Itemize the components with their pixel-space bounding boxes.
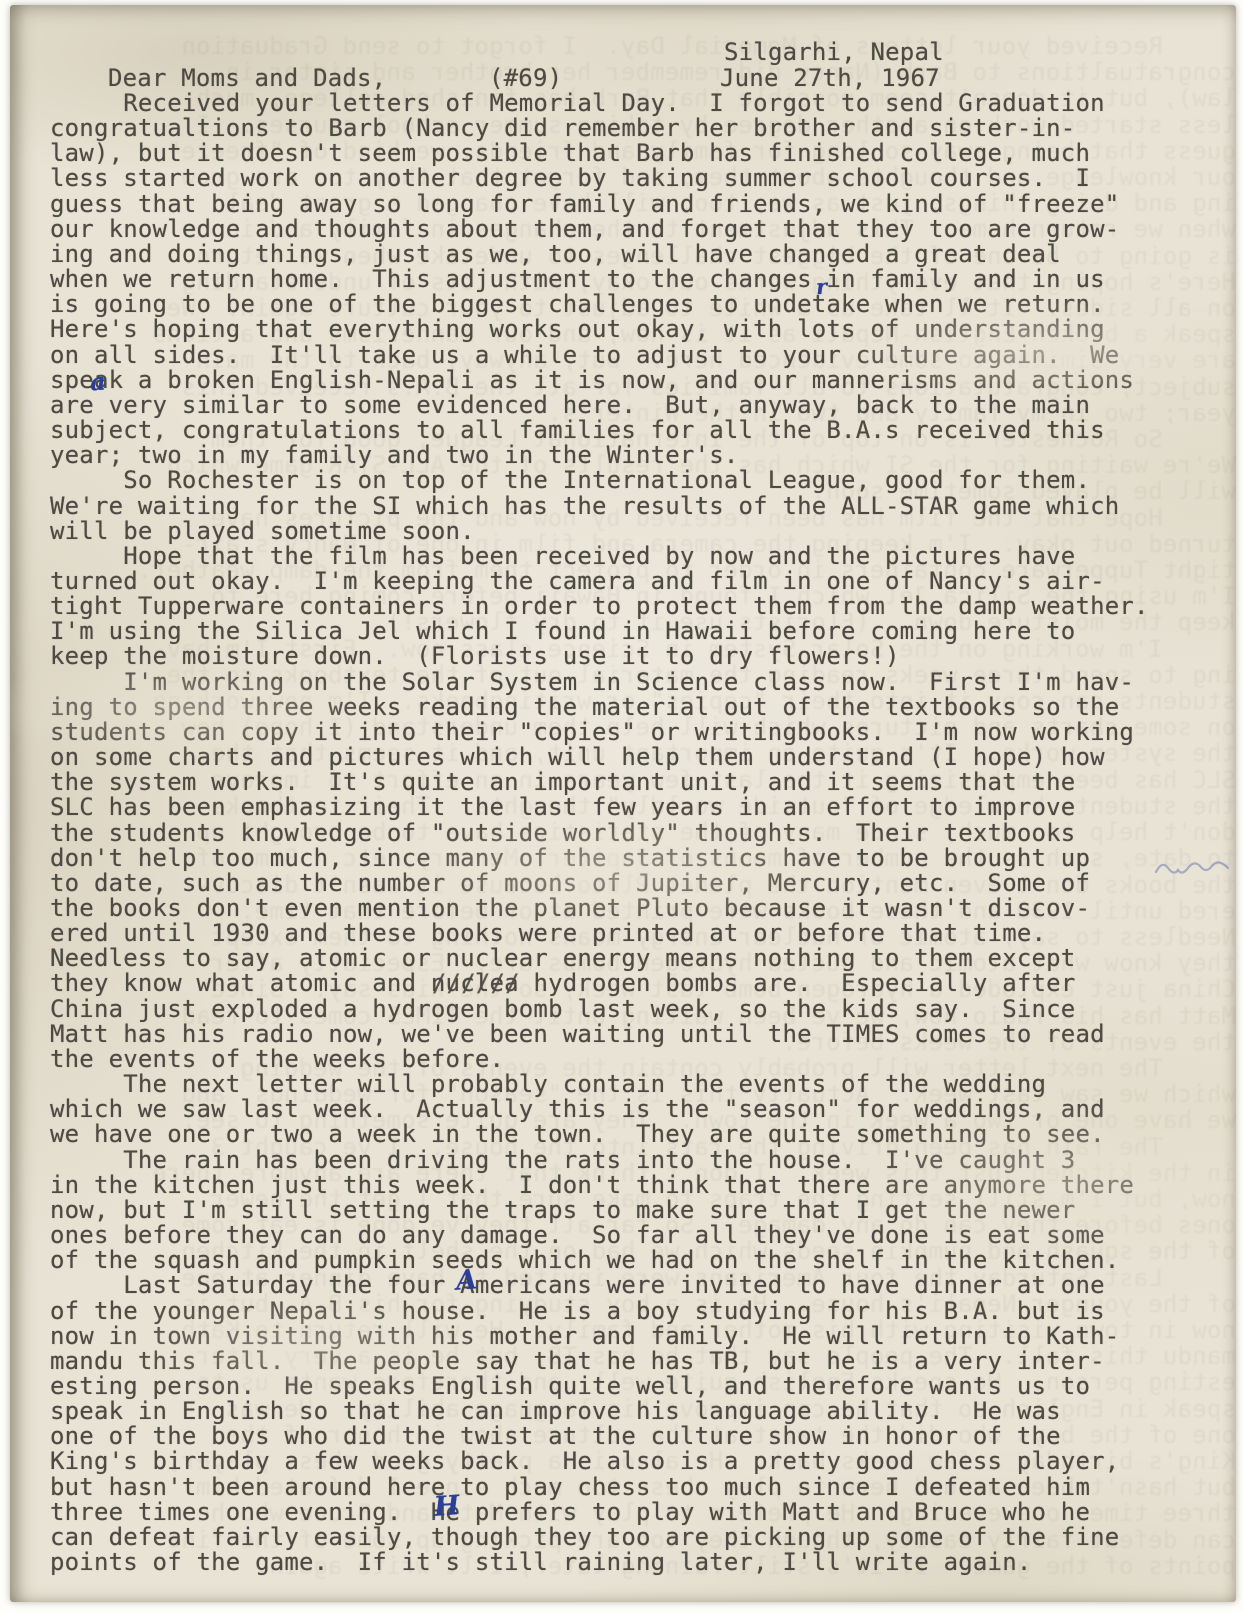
letter-line: ing and doing things, just as we, too, w… — [50, 242, 1149, 267]
letter-line: are very similar to some evidenced here.… — [50, 393, 1149, 418]
letter-line: is going to be one of the biggest challe… — [50, 292, 1149, 317]
letter-line: So Rochester is on top of the Internatio… — [50, 468, 1149, 493]
letter-line: speak a broken English-Nepali as it is n… — [50, 368, 1149, 393]
letter-salutation: Dear Moms and Dads, — [108, 64, 386, 92]
letter-line: keep the moisture down. (Florists use it… — [50, 644, 1149, 669]
letter-line: Needless to say, atomic or nuclear energ… — [50, 946, 1149, 971]
letter-line: don't help too much, since many of the s… — [50, 846, 1149, 871]
letter-line: the students knowledge of "outside world… — [50, 821, 1149, 846]
letter-line: students can copy it into their "copies"… — [50, 720, 1149, 745]
letter-line: to date, such as the number of moons of … — [50, 871, 1149, 896]
letter-body: Received your letters of Memorial Day. I… — [50, 91, 1149, 1575]
letter-line: turned out okay. I'm keeping the camera … — [50, 569, 1149, 594]
letter-line: We're waiting for the SI which has the r… — [50, 494, 1149, 519]
letter-line: mandu this fall. The people say that he … — [50, 1349, 1149, 1374]
letter-paper: Received your letters of Memorial Day. I… — [10, 5, 1236, 1602]
letter-line: will be played sometime soon. — [50, 519, 1149, 544]
scanned-letter-page: Received your letters of Memorial Day. I… — [0, 0, 1243, 1613]
letter-line: year; two in my family and two in the Wi… — [50, 443, 1149, 468]
letter-line: points of the game. If it's still rainin… — [50, 1550, 1149, 1575]
letter-line: the events of the weeks before. — [50, 1047, 1149, 1072]
letter-line: subject, congratulations to all families… — [50, 418, 1149, 443]
ink-scribble — [1152, 850, 1236, 884]
letter-line: of the squash and pumpkin seeds which we… — [50, 1248, 1149, 1273]
letter-line: ered until 1930 and these books were pri… — [50, 921, 1149, 946]
letter-line: SLC has been emphasizing it the last few… — [50, 795, 1149, 820]
letter-line: which we saw last week. Actually this is… — [50, 1097, 1149, 1122]
letter-line: law), but it doesn't seem possible that … — [50, 141, 1149, 166]
letter-line: of the younger Nepali's house. He is a b… — [50, 1299, 1149, 1324]
letter-line: King's birthday a few weeks back. He als… — [50, 1449, 1149, 1474]
letter-line: Hope that the film has been received by … — [50, 544, 1149, 569]
letter-line: I'm using the Silica Jel which I found i… — [50, 619, 1149, 644]
letter-line: ing to spend three weeks reading the mat… — [50, 695, 1149, 720]
letter-line: Here's hoping that everything works out … — [50, 317, 1149, 342]
letter-line: one of the boys who did the twist at the… — [50, 1424, 1149, 1449]
letter-line: they know what atomic and nuclea////// h… — [50, 971, 1149, 996]
letter-line: esting person. He speaks English quite w… — [50, 1374, 1149, 1399]
letter-line: China just exploded a hydrogen bomb last… — [50, 997, 1149, 1022]
letter-line: the books don't even mention the planet … — [50, 896, 1149, 921]
letter-line: we have one or two a week in the town. T… — [50, 1122, 1149, 1147]
letter-number: (#69) — [489, 64, 562, 92]
letter-line: tight Tupperware containers in order to … — [50, 594, 1149, 619]
letter-line: our knowledge and thoughts about them, a… — [50, 217, 1149, 242]
letter-line: The rain has been driving the rats into … — [50, 1148, 1149, 1173]
letter-line: I'm working on the Solar System in Scien… — [50, 670, 1149, 695]
letter-line: Received your letters of Memorial Day. I… — [50, 91, 1149, 116]
letter-line: The next letter will probably contain th… — [50, 1072, 1149, 1097]
struck-out-word: nuclea////// — [431, 971, 519, 996]
letter-line: Last Saturday the four Americans were in… — [50, 1273, 1149, 1298]
letter-line: in the kitchen just this week. I don't t… — [50, 1173, 1149, 1198]
letter-line: on all sides. It'll take us a while to a… — [50, 343, 1149, 368]
letter-line: on some charts and pictures which will h… — [50, 745, 1149, 770]
letter-line: speak in English so that he can improve … — [50, 1399, 1149, 1424]
letter-line: but hasn't been around here to play ches… — [50, 1475, 1149, 1500]
letter-line: congratualtions to Barb (Nancy did remem… — [50, 116, 1149, 141]
letter-date: June 27th, 1967 — [720, 64, 940, 92]
letter-line: ones before they can do any damage. So f… — [50, 1223, 1149, 1248]
letter-line: guess that being away so long for family… — [50, 192, 1149, 217]
letter-line: less started work on another degree by t… — [50, 166, 1149, 191]
letter-line: can defeat fairly easily, though they to… — [50, 1525, 1149, 1550]
letter-location: Silgarhi, Nepal — [724, 38, 944, 66]
letter-line: now, but I'm still setting the traps to … — [50, 1198, 1149, 1223]
letter-line: the system works. It's quite an importan… — [50, 770, 1149, 795]
letter-line: now in town visiting with his mother and… — [50, 1324, 1149, 1349]
letter-line: three times one evening. He prefers to p… — [50, 1500, 1149, 1525]
letter-line: Matt has his radio now, we've been waiti… — [50, 1022, 1149, 1047]
letter-line: when we return home. This adjustment to … — [50, 267, 1149, 292]
